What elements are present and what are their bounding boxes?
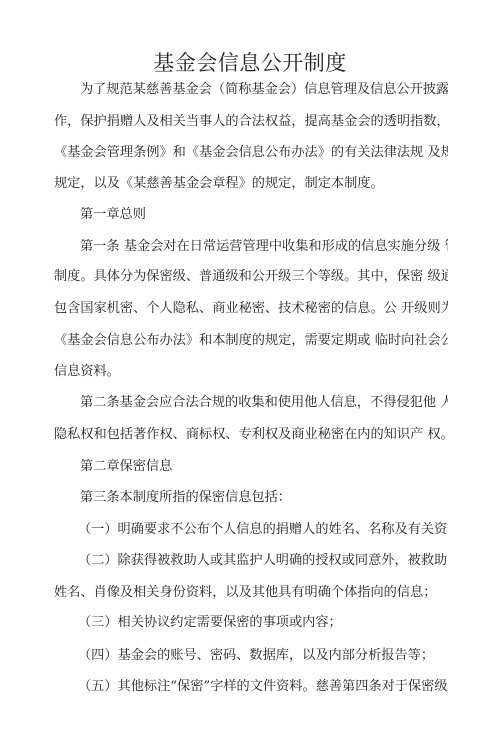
paragraph-line: 《基金会管理条例》和《基金会信息公布办法》的有关法律法规 及规章的 (54, 144, 448, 162)
paragraph-line: 信息资料。 (54, 363, 448, 381)
paragraph-line: 包含国家机密、个人隐私、商业秘密、技术秘密的信息。公 开级则为按照 (54, 300, 448, 318)
paragraph-line: 第二条基金会应合法合规的收集和使用他人信息，不得侵犯他 人的 (80, 394, 448, 412)
paragraph-line: 第三条本制度所指的保密信息包括： (80, 489, 448, 507)
paragraph-line: 作，保护捐赠人及相关当事人的合法权益，提高基金会的透明指数， 根据 (54, 113, 448, 131)
list-item: （二）除获得被救助人或其监护人明确的授权或同意外，被救助人 的 (78, 552, 448, 570)
list-item: （四）基金会的账号、密码、数据库，以及内部分析报告等； (78, 647, 448, 665)
paragraph-line: 制度。具体分为保密级、普通级和公开级三个等级。其中，保密 级通常指 (54, 268, 448, 286)
paragraph-line: 第一条 基金会对在日常运营管理中收集和形成的信息实施分级 管理 (80, 238, 448, 256)
list-item: （三）相关协议约定需要保密的事项或内容； (78, 614, 448, 632)
paragraph-line: 为了规范某慈善基金会（简称基金会）信息管理及信息公开披露 工 (80, 81, 448, 99)
list-item: 姓名、肖像及相关身份资料，以及其他具有明确个体指向的信息； (54, 584, 448, 602)
list-item: （五）其他标注“保密”字样的文件资料。慈善第四条对于保密级 的 (78, 678, 448, 696)
paragraph-line: 《基金会信息公布办法》和本制度的规定，需要定期或 临时向社会公布的 (54, 332, 448, 350)
document-page: 基金会信息公开制度 为了规范某慈善基金会（简称基金会）信息管理及信息公开披露 工… (0, 0, 500, 733)
list-item: （一）明确要求不公布个人信息的捐赠人的姓名、名称及有关资料； (78, 521, 448, 539)
chapter-heading: 第一章总则 (80, 206, 448, 224)
chapter-heading: 第二章保密信息 (80, 458, 448, 476)
document-title: 基金会信息公开制度 (0, 47, 500, 77)
paragraph-line: 隐私权和包括著作权、商标权、专利权及商业秘密在内的知识产 权。 (54, 426, 448, 444)
paragraph-line: 规定，以及《某慈善基金会章程》的规定，制定本制度。 (54, 175, 448, 193)
